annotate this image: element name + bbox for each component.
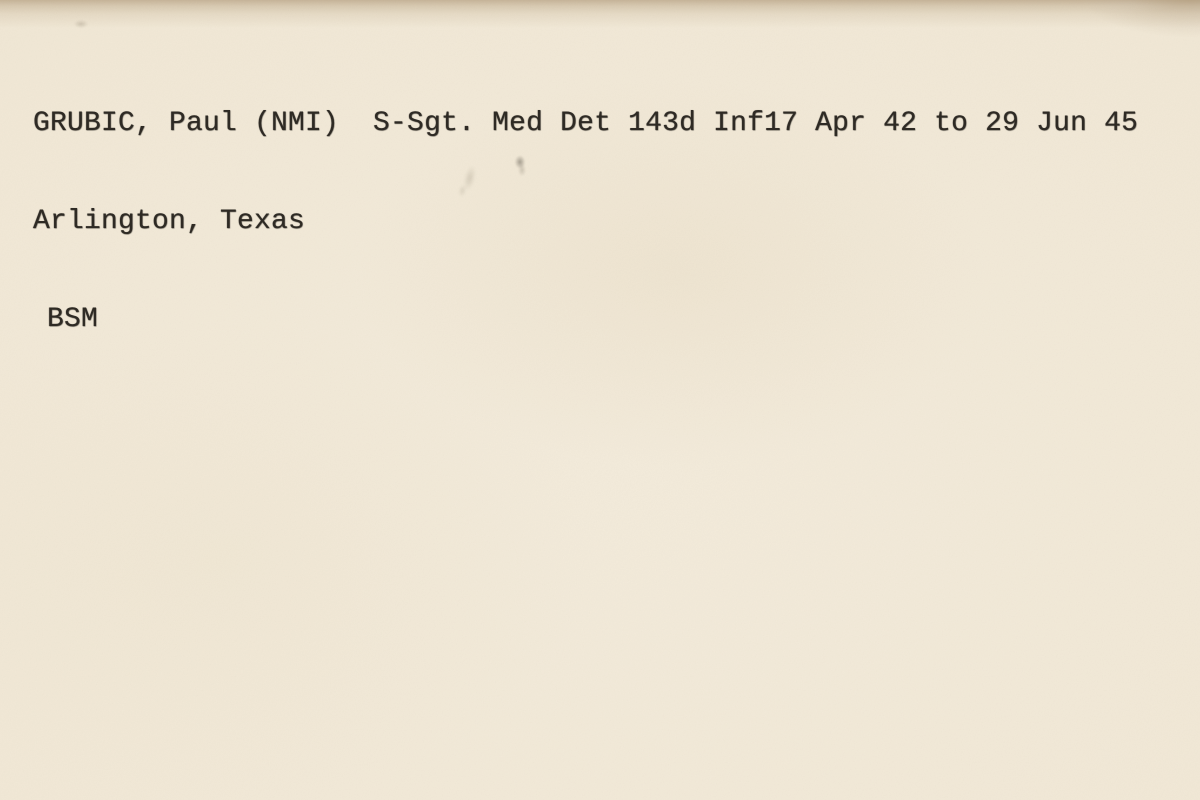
typed-text-block: GRUBIC, Paul (NMI) S-Sgt. Med Det 143d I… bbox=[33, 43, 1138, 402]
typed-line-award: BSM bbox=[33, 304, 1138, 337]
typed-line-name-rank-unit-dates: GRUBIC, Paul (NMI) S-Sgt. Med Det 143d I… bbox=[33, 108, 1138, 141]
ink-smudge bbox=[68, 16, 94, 32]
index-card: GRUBIC, Paul (NMI) S-Sgt. Med Det 143d I… bbox=[0, 0, 1200, 800]
typed-line-residence: Arlington, Texas bbox=[33, 206, 1138, 239]
card-top-edge-shading bbox=[0, 0, 1200, 30]
